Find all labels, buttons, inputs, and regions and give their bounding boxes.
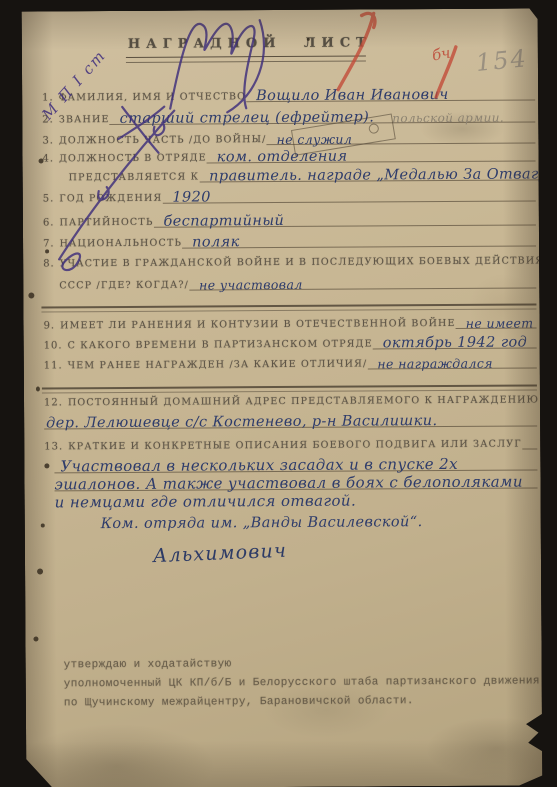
- feat-text-handwritten: и немцами где отличился отвагой.: [55, 492, 357, 512]
- scanned-award-document: { "colors": { "paper": "#c8b794", "ink":…: [0, 0, 557, 787]
- field-label: С КАКОГО ВРЕМЕНИ В ПАРТИЗАНСКОМ ОТРЯДЕ: [68, 338, 373, 351]
- approval-line: уполномоченный ЦК КП/б/Б и Белорусского …: [64, 672, 540, 694]
- field-value-handwritten: не участвовал: [199, 277, 303, 293]
- field-home-address: 12. ПОСТОЯННЫЙ ДОМАШНИЙ АДРЕС ПРЕДСТАВЛЯ…: [44, 389, 537, 408]
- approval-line: по Щучинскому межрайцентру, Барановичско…: [64, 691, 540, 713]
- field-name: 1. ФАМИЛИЯ, ИМЯ И ОТЧЕСТВО Вощило Иван И…: [42, 81, 535, 103]
- approval-block: утверждаю и ходатайствую уполномоченный …: [64, 653, 540, 713]
- paper-sheet: НАГРАДНОЙ ЛИСТ 1. ФАМИЛИЯ, ИМЯ И ОТЧЕСТВ…: [22, 8, 543, 787]
- field-home-address-value: дер. Лелюшевце с/с Костенево, р-н Васили…: [44, 407, 537, 429]
- field-number: 13.: [44, 441, 63, 452]
- field-label: ЗВАНИЕ: [59, 114, 110, 125]
- field-number: 4.: [42, 153, 54, 164]
- field-recommended-award: ПРЕДСТАВЛЯЕТСЯ К правитель. награде „Мед…: [43, 161, 557, 183]
- field-number: 11.: [44, 360, 63, 371]
- field-label: СССР /ГДЕ? КОГДА?/: [43, 280, 189, 292]
- field-birth-year: 5. ГОД РОЖДЕНИЯ 1920: [43, 182, 536, 204]
- feat-description-line: и немцами где отличился отвагой.: [55, 486, 538, 508]
- field-party-status: 6. ПАРТИЙНОСТЬ беспартийный: [43, 206, 536, 228]
- field-number: 9.: [44, 320, 56, 331]
- field-number: 10.: [44, 340, 63, 351]
- field-label: ДОЛЖНОСТЬ В ОТРЯДЕ: [59, 152, 207, 164]
- field-number: 12.: [44, 397, 63, 408]
- field-label: УЧАСТИЕ В ГРАЖДАНСКОЙ ВОЙНЕ И В ПОСЛЕДУЮ…: [60, 255, 557, 269]
- field-label: ПРЕДСТАВЛЯЕТСЯ К: [69, 172, 200, 184]
- field-value-handwritten: 1920: [172, 189, 211, 205]
- field-rank: 2. ЗВАНИЕ старший стрелец (ефрейтер). по…: [42, 103, 535, 125]
- page-number-pencil: 154: [475, 44, 529, 77]
- field-label: ПАРТИЙНОСТЬ: [59, 217, 153, 229]
- field-label: ФАМИЛИЯ, ИМЯ И ОТЧЕСТВО: [59, 91, 246, 103]
- field-value-handwritten: не награждался: [377, 356, 493, 372]
- field-number: 7.: [43, 238, 55, 249]
- field-number: 6.: [43, 217, 55, 228]
- field-feat-description-label: 13. КРАТКИЕ И КОНКРЕТНЫЕ ОПИСАНИЯ БОЕВОГ…: [44, 430, 537, 452]
- field-civil-war-participation: 8. УЧАСТИЕ В ГРАЖДАНСКОЙ ВОЙНЕ И В ПОСЛЕ…: [43, 250, 536, 269]
- field-number: 8.: [43, 258, 55, 269]
- red-pencil-code: бч: [430, 44, 451, 65]
- title-underline: [126, 55, 366, 62]
- commander-line: Ком. отряда им. „Ванды Василевской“.: [101, 514, 423, 532]
- field-label: ГОД РОЖДЕНИЯ: [59, 193, 162, 205]
- field-label: НАЦИОНАЛЬНОСТЬ: [60, 238, 183, 250]
- signature: Альхимович: [153, 540, 288, 567]
- field-nationality: 7. НАЦИОНАЛЬНОСТЬ поляк: [43, 227, 536, 249]
- field-number: 5.: [43, 193, 55, 204]
- field-value-handwritten: Вощило Иван Иванович: [256, 87, 449, 104]
- field-label: ЧЕМ РАНЕЕ НАГРАЖДЕН /ЗА КАКИЕ ОТЛИЧИЯ/: [68, 358, 368, 371]
- stamp-circle-mark: [368, 123, 379, 134]
- field-previous-awards: 11. ЧЕМ РАНЕЕ НАГРАЖДЕН /ЗА КАКИЕ ОТЛИЧИ…: [44, 349, 537, 371]
- field-value-handwritten: поляк: [192, 234, 240, 250]
- paper-specks: [22, 8, 538, 11]
- field-civil-war-participation-line2: СССР /ГДЕ? КОГДА?/ не участвовал: [43, 269, 536, 291]
- field-value-handwritten: дер. Лелюшевце с/с Костенево, р-н Васили…: [46, 413, 437, 431]
- document-title: НАГРАДНОЙ ЛИСТ: [128, 35, 364, 51]
